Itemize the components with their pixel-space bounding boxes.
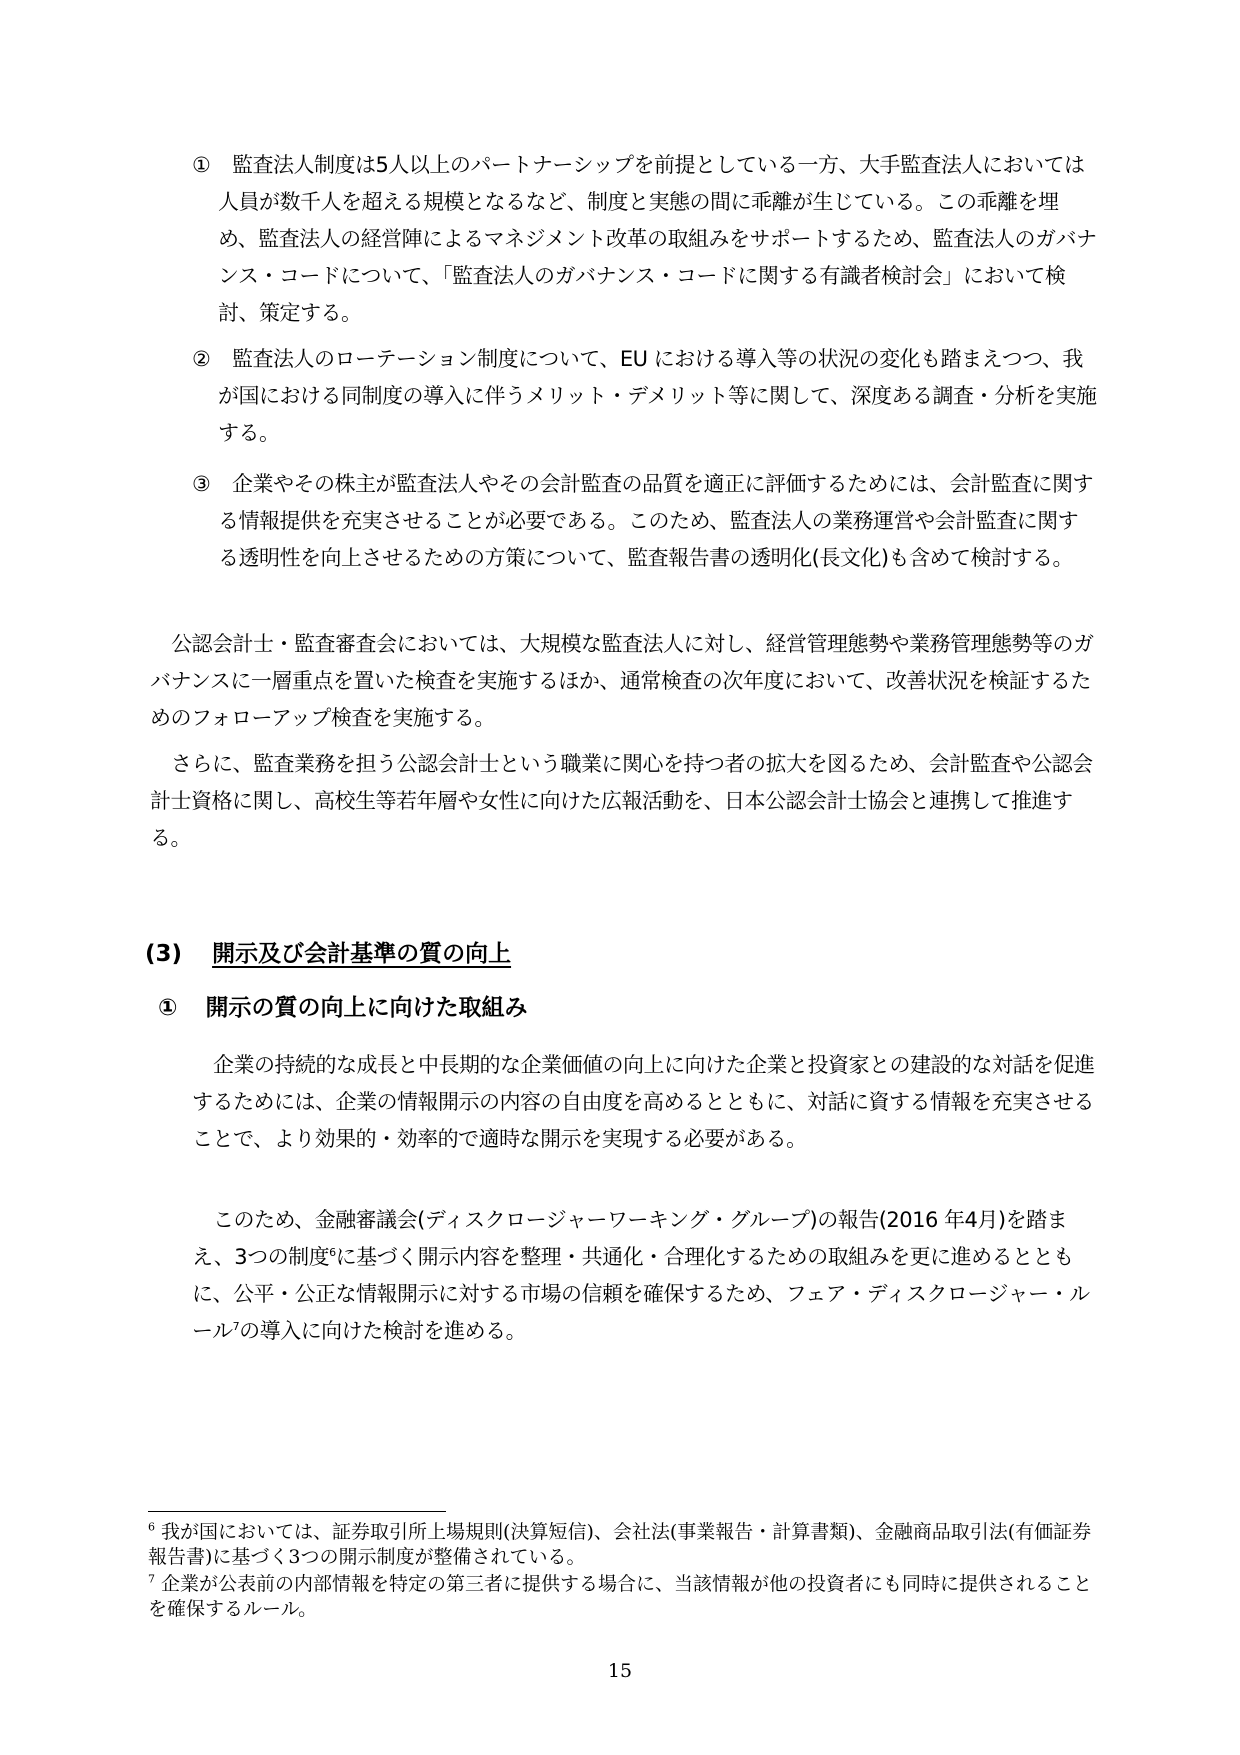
subsection-number: ① xyxy=(158,995,177,1021)
section-title: 開示及び会計基準の質の向上 xyxy=(212,941,511,967)
paragraph-text: の導入に向けた検討を進める。 xyxy=(239,1319,526,1343)
section-heading: (3) 開示及び会計基準の質の向上 xyxy=(145,938,511,970)
item-text: 監査法人のローテーション制度について、EU における導入等の状況の変化も踏まえつ… xyxy=(192,341,1097,452)
paragraph-inspection: 公認会計士・監査審査会においては、大規模な監査法人に対し、経営管理態勢や業務管理… xyxy=(150,626,1100,737)
item-text: 監査法人制度は5人以上のパートナーシップを前提としている一方、大手監査法人におい… xyxy=(192,147,1097,332)
item-marker: ② xyxy=(192,341,210,378)
section-number: (3) xyxy=(145,941,182,967)
paragraph-disclosure-actions: このため、金融審議会(ディスクロージャーワーキング・グループ)の報告(2016 … xyxy=(192,1202,1097,1350)
footnote-text: 我が国においては、証券取引所上場規則(決算短信)、会社法(事業報告・計算書類)、… xyxy=(148,1521,1091,1568)
audit-item-3: ③ 企業やその株主が監査法人やその会計監査の品質を適正に評価するためには、会計監… xyxy=(192,466,1097,577)
paragraph-outreach: さらに、監査業務を担う公認会計士という職業に関心を持つ者の拡大を図るため、会計監… xyxy=(150,746,1100,857)
footnote-number: 6 xyxy=(148,1521,155,1534)
paragraph-disclosure-purpose: 企業の持続的な成長と中長期的な企業価値の向上に向けた企業と投資家との建設的な対話… xyxy=(192,1047,1097,1158)
document-page: ① 監査法人制度は5人以上のパートナーシップを前提としている一方、大手監査法人に… xyxy=(0,0,1240,1755)
footnote-divider xyxy=(148,1511,446,1512)
item-marker: ③ xyxy=(192,466,210,503)
subsection-title: 開示の質の向上に向けた取組み xyxy=(206,995,528,1021)
audit-item-2: ② 監査法人のローテーション制度について、EU における導入等の状況の変化も踏ま… xyxy=(192,341,1097,452)
footnote-text: 企業が公表前の内部情報を特定の第三者に提供する場合に、当該情報が他の投資者にも同… xyxy=(148,1573,1092,1620)
item-text: 企業やその株主が監査法人やその会計監査の品質を適正に評価するためには、会計監査に… xyxy=(192,466,1097,577)
item-marker: ① xyxy=(192,147,210,184)
page-number: 15 xyxy=(0,1660,1240,1682)
audit-item-1: ① 監査法人制度は5人以上のパートナーシップを前提としている一方、大手監査法人に… xyxy=(192,147,1097,332)
subsection-heading: ① 開示の質の向上に向けた取組み xyxy=(158,992,528,1024)
footnote-7: 7 企業が公表前の内部情報を特定の第三者に提供する場合に、当該情報が他の投資者に… xyxy=(148,1572,1098,1622)
footnote-6: 6 我が国においては、証券取引所上場規則(決算短信)、会社法(事業報告・計算書類… xyxy=(148,1520,1098,1570)
footnote-number: 7 xyxy=(148,1573,155,1586)
